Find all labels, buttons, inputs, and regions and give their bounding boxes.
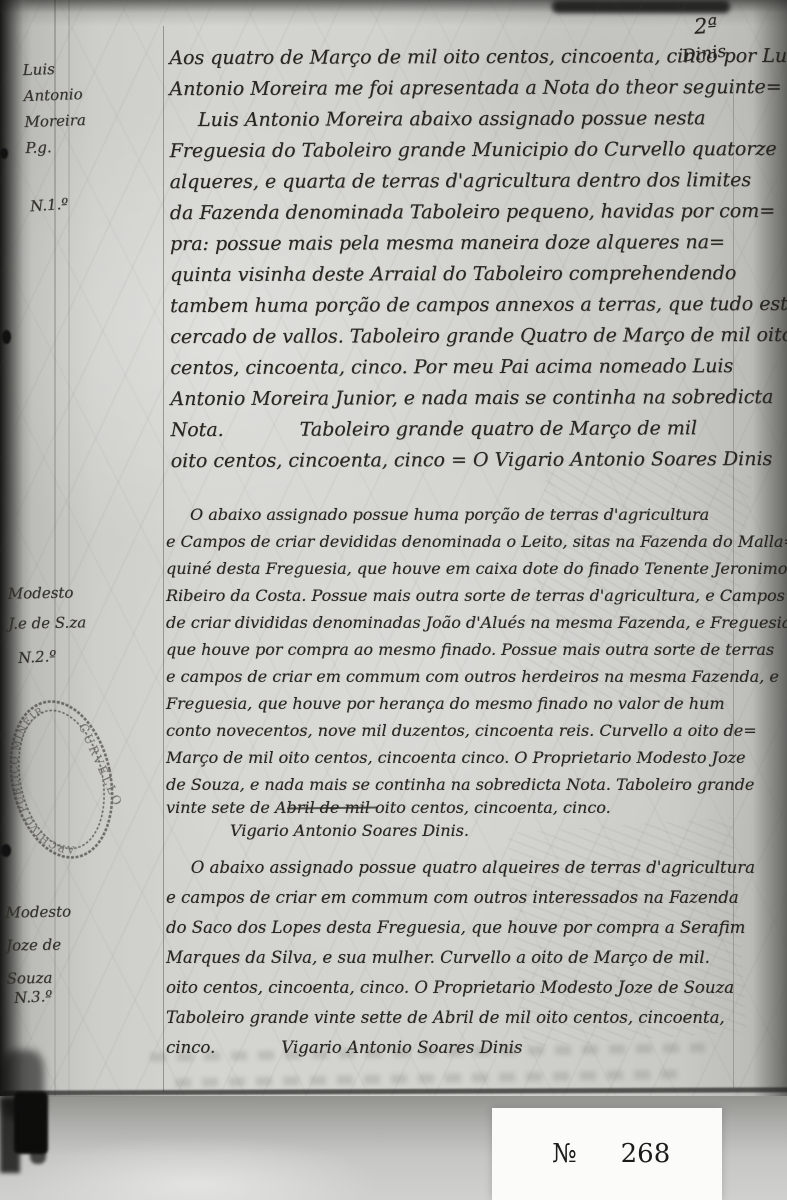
manuscript-line: Freguesia do Taboleiro grande Municipio …	[170, 134, 787, 167]
paper-sheet: 2ª Dinis LuisAntonioMoreiraP.g. N.1.º Mo…	[0, 0, 787, 1096]
manuscript-line: quiné desta Freguesia, que houve em caix…	[166, 555, 787, 582]
manuscript-line: Marques da Silva, e sua mulher. Curvello…	[166, 943, 755, 973]
margin-record-number-2: N.2.º	[18, 647, 57, 667]
manuscript-line: e campos de criar em commum com outros i…	[166, 883, 755, 913]
binding-mark	[1, 844, 11, 857]
margin-note-owner-3: ModestoJoze deSouza	[5, 895, 72, 995]
catalog-number-label: № 268	[492, 1108, 722, 1200]
manuscript-line: Freguesia, que houve por herança do mesm…	[166, 690, 787, 717]
margin-record-number-3: N.3.º	[14, 987, 53, 1007]
margin-note-line: Joze de	[6, 928, 72, 962]
manuscript-line: Antonio Moreira Junior, e nada mais se c…	[170, 382, 787, 415]
record-3-text: O abaixo assignado possue quatro alqueir…	[166, 853, 755, 1063]
sheet-number-mark: 2ª	[693, 13, 718, 39]
margin-note-line: Moreira	[24, 107, 86, 135]
archive-stamp: ARCHIVO PUBLICO MINEIRO CURVELLO	[0, 683, 143, 881]
margin-note-line: P.g.	[25, 133, 87, 161]
document-scan-page: 2ª Dinis LuisAntonioMoreiraP.g. N.1.º Mo…	[0, 0, 787, 1200]
margin-note-line: J.e de S.za	[8, 607, 86, 638]
manuscript-line: Vigario Antonio Soares Dinis.	[166, 818, 787, 844]
manuscript-line: Aos quatro de Março de mil oito centos, …	[169, 41, 787, 74]
manuscript-line: Taboleiro grande vinte sette de Abril de…	[166, 1003, 755, 1033]
manuscript-line: Luis Antonio Moreira abaixo assignado po…	[169, 103, 787, 136]
archive-stamp-graphic: ARCHIVO PUBLICO MINEIRO CURVELLO	[0, 683, 142, 877]
margin-note-line: Luis	[22, 55, 84, 83]
margin-note-line: Modesto	[7, 577, 85, 608]
manuscript-line: O abaixo assignado possue huma porção de…	[166, 501, 787, 528]
numero-sign: №	[552, 1139, 577, 1169]
manuscript-line: cercado de vallos. Taboleiro grande Quat…	[170, 320, 787, 353]
record-1-text: Aos quatro de Março de mil oito centos, …	[169, 41, 787, 477]
margin-record-number-1: N.1.º	[29, 195, 68, 216]
catalog-number: 268	[621, 1139, 671, 1169]
ink-bleed-ghost	[175, 1070, 680, 1088]
margin-note-owner-1: LuisAntonioMoreiraP.g.	[22, 55, 87, 161]
manuscript-line: que houve por compra ao mesmo finado. Po…	[166, 636, 787, 663]
binding-mark	[2, 330, 11, 344]
manuscript-line: quinta visinha deste Arraial do Taboleir…	[170, 258, 787, 291]
manuscript-line: oito centos, cincoenta, cinco. O Proprie…	[166, 973, 755, 1003]
margin-note-owner-2: ModestoJ.e de S.za	[7, 577, 86, 638]
manuscript-line: e Campos de criar devididas denominada o…	[166, 528, 787, 555]
manuscript-line: do Saco dos Lopes desta Freguesia, que h…	[166, 913, 755, 943]
manuscript-line: Nota. Taboleiro grande quatro de Março d…	[171, 413, 787, 446]
margin-note-line: Modesto	[5, 895, 71, 929]
manuscript-line: e campos de criar em commum com outros h…	[166, 663, 787, 690]
manuscript-line: alqueres, e quarta de terras d'agricultu…	[170, 165, 787, 198]
manuscript-line: O abaixo assignado possue quatro alqueir…	[166, 853, 755, 883]
ink-blot	[0, 1098, 20, 1173]
manuscript-line: Março de mil oito centos, cincoenta cinc…	[166, 744, 787, 771]
manuscript-line: da Fazenda denominada Taboleiro pequeno,…	[170, 196, 787, 229]
manuscript-line: tambem huma porção de campos annexos a t…	[170, 289, 787, 322]
ink-smudge	[552, 0, 730, 13]
record-2-text: O abaixo assignado possue huma porção de…	[166, 501, 787, 844]
margin-rule-line	[163, 26, 164, 1092]
binding-mark	[0, 148, 8, 159]
manuscript-line: Antonio Moreira me foi apresentada a Not…	[169, 72, 787, 105]
manuscript-line: conto novecentos, nove mil duzentos, cin…	[166, 717, 787, 744]
manuscript-line: de Souza, e nada mais se continha na sob…	[166, 771, 787, 798]
ink-blot	[30, 1146, 46, 1164]
margin-note-line: Antonio	[23, 81, 85, 109]
stamp-center-text: CURVELLO	[76, 721, 126, 809]
manuscript-line: pra: possue mais pela mesma maneira doze…	[170, 227, 787, 260]
manuscript-line: oito centos, cincoenta, cinco = O Vigari…	[171, 444, 787, 477]
manuscript-line: de criar divididas denominadas João d'Al…	[166, 609, 787, 636]
manuscript-line: vinte sete de Abril de mil oito centos, …	[166, 798, 787, 818]
manuscript-line: Ribeiro da Costa. Possue mais outra sort…	[166, 582, 787, 609]
manuscript-line: centos, cincoenta, cinco. Por meu Pai ac…	[170, 351, 787, 384]
